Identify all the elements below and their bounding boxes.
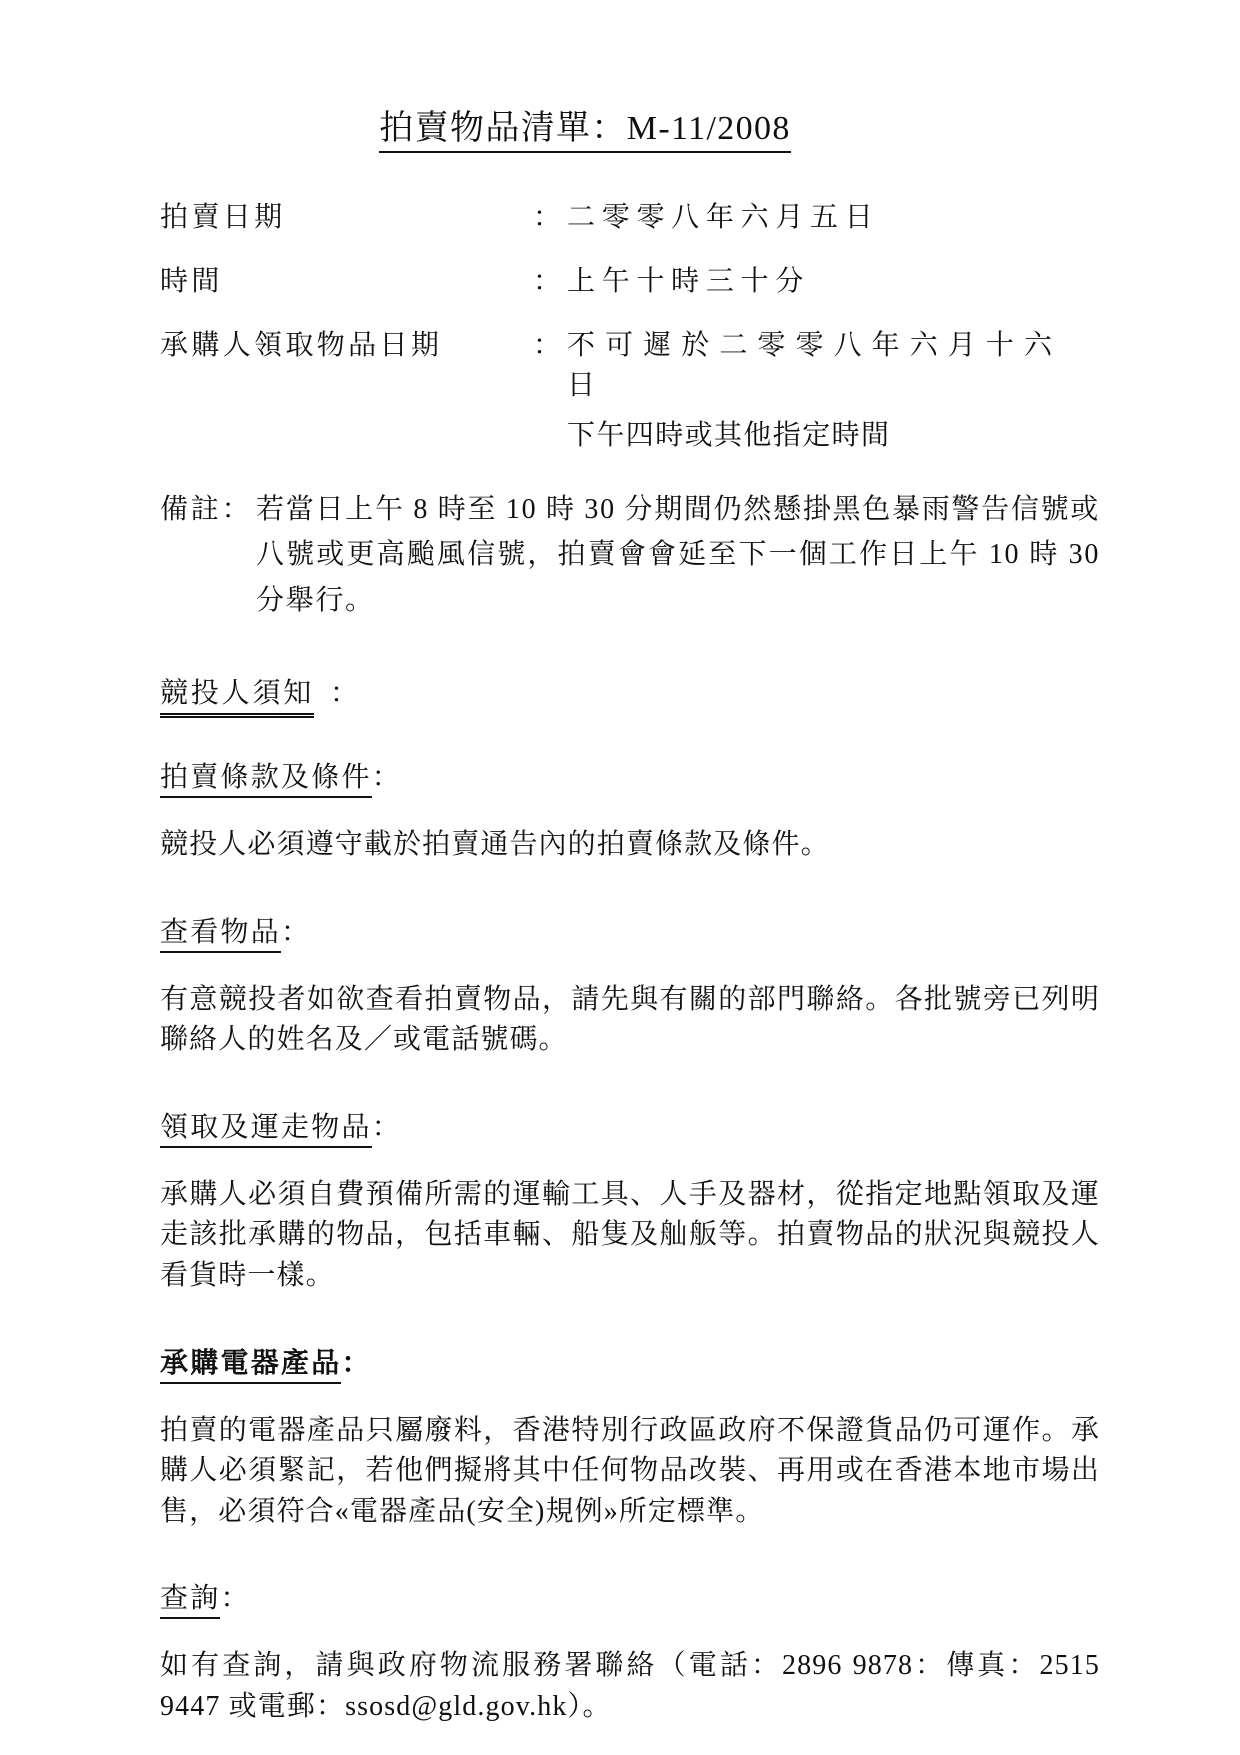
section-heading-colon: ： [372, 762, 402, 793]
page-title: 拍賣物品清單：M-11/2008 [160, 100, 1010, 149]
section-heading-text: 領取及運走物品 [160, 1112, 372, 1148]
field-value-line2: 下午四時或其他指定時間 [567, 413, 1100, 453]
section-terms: 拍賣條款及條件： 競投人必須遵守載於拍賣通告內的拍賣條款及條件。 [160, 755, 1100, 866]
field-value-line1: 不可遲於二零零八年六月十六日 [567, 323, 1100, 403]
section-body: 如有查詢，請與政府物流服務署聯絡（電話：2896 9878：傳真：2515 94… [160, 1646, 1100, 1727]
section-body: 承購人必須自費預備所需的運輸工具、人手及器材，從指定地點領取及運走該批承購的物品… [160, 1175, 1100, 1297]
field-colon: ： [533, 323, 567, 363]
field-label: 時間 [160, 259, 533, 299]
section-heading-text: 查詢 [160, 1583, 220, 1619]
section-body: 有意競投者如欲查看拍賣物品，請先與有關的部門聯絡。各批號旁已列明聯絡人的姓名及／… [160, 980, 1100, 1061]
section-heading: 查詢： [160, 1576, 1100, 1616]
section-heading-text: 承購電器產品 [160, 1348, 341, 1384]
section-heading-colon: ： [281, 917, 311, 948]
field-value: 上午十時三十分 [567, 259, 1100, 299]
bidders-notice-heading-colon: ： [330, 678, 361, 709]
remark-text: 若當日上午 8 時至 10 時 30 分期間仍然懸掛黑色暴雨警告信號或八號或更高… [256, 487, 1100, 623]
bidders-notice-heading-text: 競投人須知 [160, 678, 314, 718]
bidders-notice-heading: 競投人須知： [160, 671, 1100, 711]
section-electrical-products: 承購電器產品： 拍賣的電器產品只屬廢料，香港特別行政區政府不保證貨品仍可運作。承… [160, 1341, 1100, 1533]
section-body: 拍賣的電器產品只屬廢料，香港特別行政區政府不保證貨品仍可運作。承購人必須緊記，若… [160, 1411, 1100, 1533]
section-heading: 拍賣條款及條件： [160, 755, 1100, 795]
header-fields: 拍賣日期 ： 二零零八年六月五日 時間 ： 上午十時三十分 承購人領取物品日期 … [160, 195, 1100, 453]
document-page: 拍賣物品清單：M-11/2008 拍賣日期 ： 二零零八年六月五日 時間 ： 上… [0, 0, 1240, 1755]
section-heading-colon: ： [372, 1112, 402, 1143]
field-colon: ： [533, 259, 567, 299]
section-heading: 查看物品： [160, 910, 1100, 950]
section-enquiries: 查詢： 如有查詢，請與政府物流服務署聯絡（電話：2896 9878：傳真：251… [160, 1576, 1100, 1727]
remark-label: 備註： [160, 487, 256, 623]
section-collection: 領取及運走物品： 承購人必須自費預備所需的運輸工具、人手及器材，從指定地點領取及… [160, 1105, 1100, 1297]
section-heading-colon: ： [341, 1348, 371, 1379]
section-heading-text: 拍賣條款及條件 [160, 762, 372, 798]
field-colon: ： [533, 195, 567, 235]
field-auction-date: 拍賣日期 ： 二零零八年六月五日 [160, 195, 1100, 235]
section-heading-text: 查看物品 [160, 917, 281, 953]
section-heading: 承購電器產品： [160, 1341, 1100, 1381]
section-body: 競投人必須遵守載於拍賣通告內的拍賣條款及條件。 [160, 825, 1100, 866]
section-viewing: 查看物品： 有意競投者如欲查看拍賣物品，請先與有關的部門聯絡。各批號旁已列明聯絡… [160, 910, 1100, 1061]
field-collection-date: 承購人領取物品日期 ： 不可遲於二零零八年六月十六日 下午四時或其他指定時間 [160, 323, 1100, 453]
section-heading: 領取及運走物品： [160, 1105, 1100, 1145]
field-label: 拍賣日期 [160, 195, 533, 235]
field-value: 不可遲於二零零八年六月十六日 下午四時或其他指定時間 [567, 323, 1100, 453]
field-value: 二零零八年六月五日 [567, 195, 1100, 235]
remark: 備註： 若當日上午 8 時至 10 時 30 分期間仍然懸掛黑色暴雨警告信號或八… [160, 487, 1100, 623]
section-heading-colon: ： [220, 1583, 250, 1614]
page-title-text: 拍賣物品清單：M-11/2008 [379, 110, 791, 153]
field-label: 承購人領取物品日期 [160, 323, 533, 363]
field-time: 時間 ： 上午十時三十分 [160, 259, 1100, 299]
